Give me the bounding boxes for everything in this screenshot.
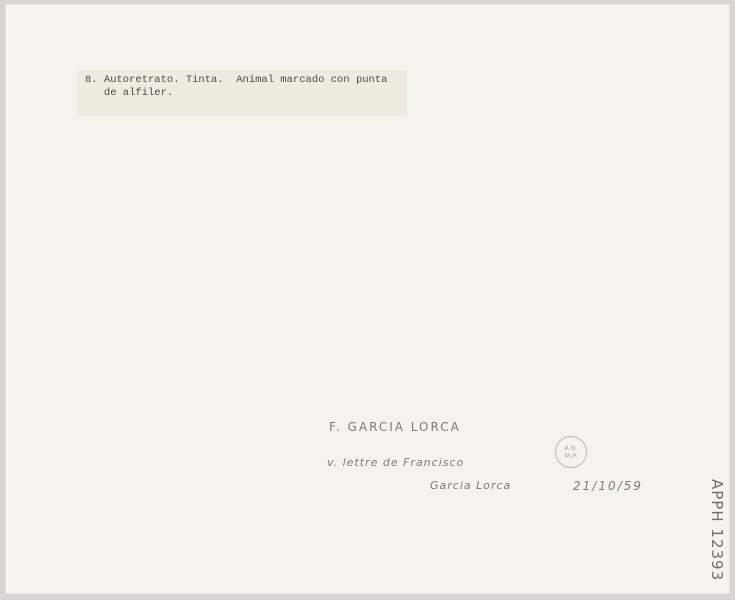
typed-label: 8. Autoretrato. Tinta. Animal marcado co… [77,70,407,116]
label-line-2: de alfiler. [85,87,173,99]
stamp-line-2: M.P. [556,452,586,460]
stamp-line-1: A.N. [556,444,586,452]
handwritten-note: v. lettre de Francisco [327,456,464,469]
handwritten-name: Garcia Lorca [430,479,511,492]
typed-label-text: 8. Autoretrato. Tinta. Animal marcado co… [85,74,407,100]
label-line-1: 8. Autoretrato. Tinta. Animal marcado co… [85,74,387,86]
inventory-number: APPH 12393 [708,479,726,581]
handwritten-date: 21/10/59 [573,479,643,493]
archive-stamp: A.N. M.P. [555,436,587,468]
handwritten-author: F. GARCIA LORCA [329,420,461,434]
paper-sheet: 8. Autoretrato. Tinta. Animal marcado co… [5,4,730,594]
